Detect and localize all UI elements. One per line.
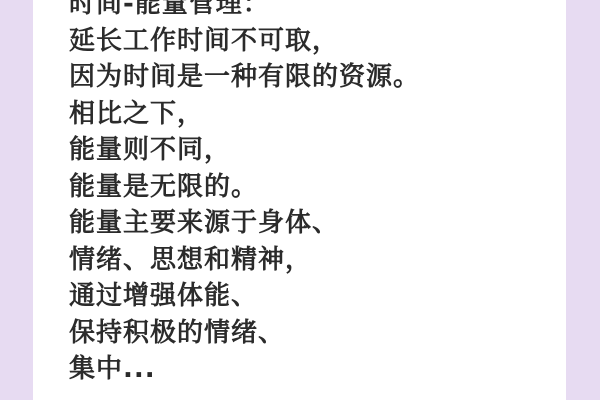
text-line-truncated: 集中... — [69, 351, 420, 388]
right-margin-band — [566, 0, 600, 400]
text-line: 能量则不同， — [69, 132, 420, 169]
text-line: 延长工作时间不可取， — [69, 23, 420, 60]
text-line-title: 时间-能量管理： — [69, 0, 420, 23]
text-line: 保持积极的情绪、 — [69, 315, 420, 352]
text-line: 相比之下， — [69, 96, 420, 133]
text-line: 通过增强体能、 — [69, 278, 420, 315]
text-block: 时间-能量管理： 延长工作时间不可取， 因为时间是一种有限的资源。 相比之下， … — [69, 0, 420, 388]
text-line: 能量是无限的。 — [69, 169, 420, 206]
text-line: 因为时间是一种有限的资源。 — [69, 59, 420, 96]
text-card: 时间-能量管理： 延长工作时间不可取， 因为时间是一种有限的资源。 相比之下， … — [33, 0, 566, 400]
left-margin-band — [0, 0, 33, 400]
text-line: 能量主要来源于身体、 — [69, 205, 420, 242]
text-line: 情绪、思想和精神， — [69, 242, 420, 279]
